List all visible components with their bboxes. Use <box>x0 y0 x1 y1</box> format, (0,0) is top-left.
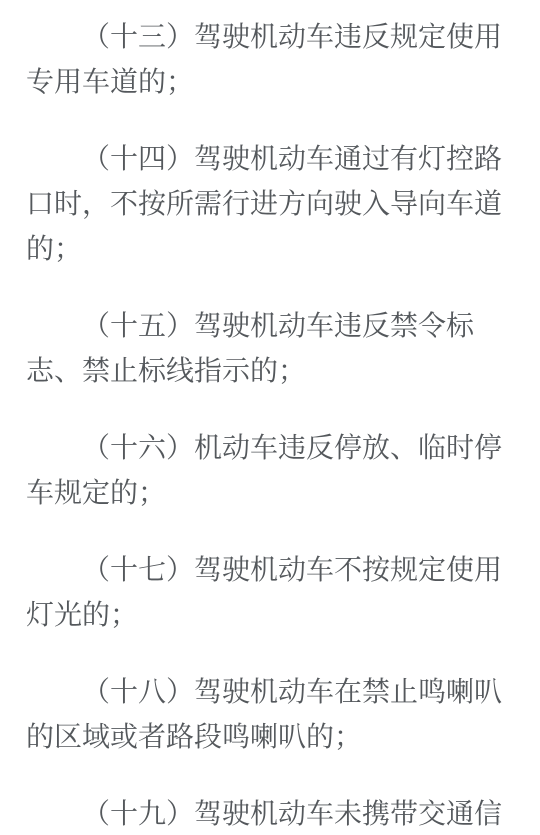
clause-15: （十五）驾驶机动车违反禁令标志、禁止标线指示的； <box>26 303 514 393</box>
clause-14: （十四）驾驶机动车通过有灯控路口时，不按所需行进方向驶入导向车道的； <box>26 136 514 271</box>
clause-13: （十三）驾驶机动车违反规定使用专用车道的； <box>26 14 514 104</box>
article-body: （十三）驾驶机动车违反规定使用专用车道的； （十四）驾驶机动车通过有灯控路口时，… <box>0 0 540 835</box>
clause-18: （十八）驾驶机动车在禁止鸣喇叭的区域或者路段鸣喇叭的； <box>26 669 514 759</box>
clause-16: （十六）机动车违反停放、临时停车规定的； <box>26 425 514 515</box>
clause-19-truncated: （十九）驾驶机动车未携带交通信 <box>26 791 514 835</box>
clause-17: （十七）驾驶机动车不按规定使用灯光的； <box>26 547 514 637</box>
